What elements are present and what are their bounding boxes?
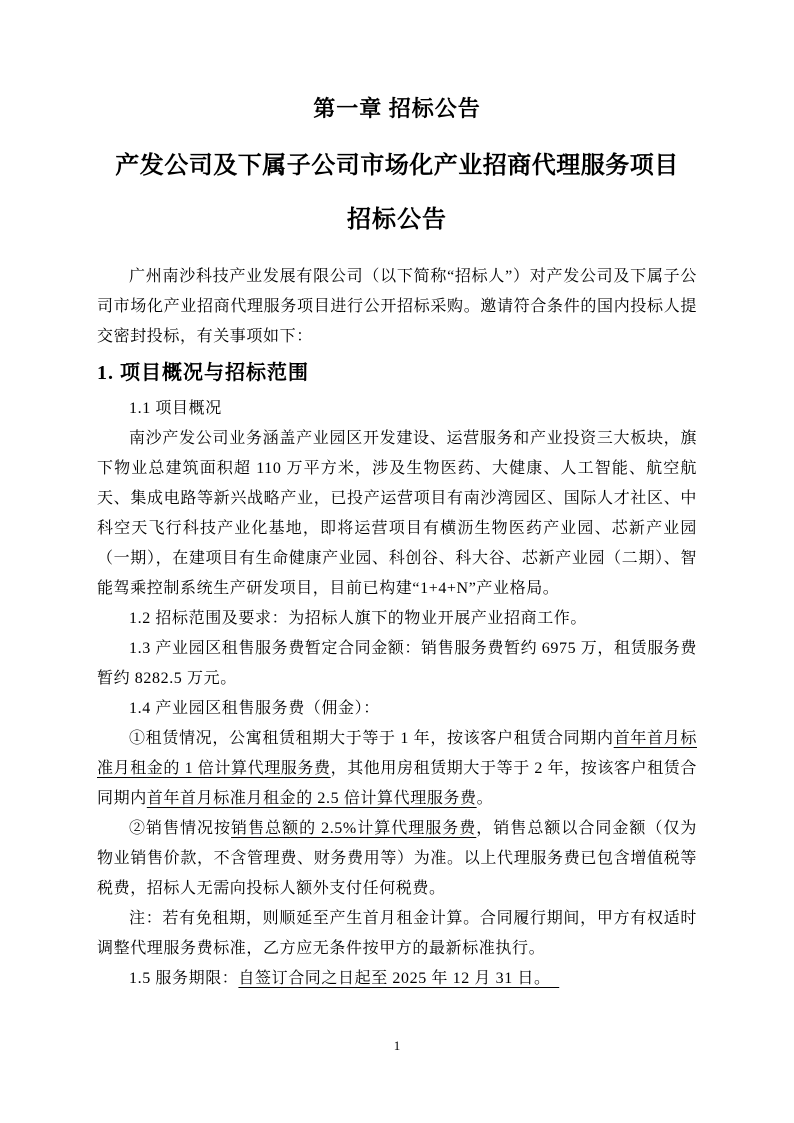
paragraph: ①租赁情况，公寓租赁租期大于等于 1 年，按该客户租赁合同期内首年首月标准月租金… [97,724,697,814]
text-run: ①租赁情况，公寓租赁租期大于等于 1 年，按该客户租赁合同期内 [129,730,614,747]
document-page: 第一章 招标公告 产发公司及下属子公司市场化产业招商代理服务项目 招标公告 广州… [0,0,794,1123]
text-run: 。 [477,790,494,807]
text-run: 南沙产发公司业务涵盖产业园区开发建设、运营服务和产业投资三大板块，旗下物业总建筑… [97,430,697,597]
chapter-title: 第一章 招标公告 [97,96,697,122]
text-run: 1.4 产业园区租售服务费（佣金）： [129,700,380,717]
paragraph: 1.5 服务期限：自签订合同之日起至 2025 年 12 月 31 日。 [97,964,697,994]
paragraph: 广州南沙科技产业发展有限公司（以下简称“招标人”）对产发公司及下属子公司市场化产… [97,262,697,352]
paragraph: 1.1 项目概况 [97,394,697,424]
paragraph: 注：若有免租期，则顺延至产生首月租金计算。合同履行期间，甲方有权适时调整代理服务… [97,904,697,964]
underlined-text-run: 首年首月标准月租金的 2.5 倍计算代理服务费 [147,790,477,807]
text-run: 广州南沙科技产业发展有限公司（以下简称“招标人”）对产发公司及下属子公司市场化产… [97,268,697,345]
project-title: 产发公司及下属子公司市场化产业招商代理服务项目 [97,152,697,180]
page-number: 1 [0,1038,794,1054]
announcement-subtitle: 招标公告 [97,206,697,234]
text-run: 1.2 招标范围及要求：为招标人旗下的物业开展产业招商工作。 [129,610,587,627]
paragraph: 1.4 产业园区租售服务费（佣金）： [97,694,697,724]
text-run: 1.1 项目概况 [129,400,222,417]
text-run: 注：若有免租期，则顺延至产生首月租金计算。合同履行期间，甲方有权适时调整代理服务… [97,910,697,957]
document-body: 广州南沙科技产业发展有限公司（以下简称“招标人”）对产发公司及下属子公司市场化产… [97,262,697,994]
section-heading: 1. 项目概况与招标范围 [97,352,697,394]
paragraph: 1.2 招标范围及要求：为招标人旗下的物业开展产业招商工作。 [97,604,697,634]
paragraph: 1.3 产业园区租售服务费暂定合同金额：销售服务费暂约 6975 万，租赁服务费… [97,634,697,694]
text-run: ②销售情况按 [129,820,231,837]
underlined-text-run: 销售总额的 2.5%计算代理服务费 [231,820,476,837]
text-run: 1. 项目概况与招标范围 [97,362,309,384]
text-run: 1.3 产业园区租售服务费暂定合同金额：销售服务费暂约 6975 万，租赁服务费… [97,640,697,687]
paragraph: ②销售情况按销售总额的 2.5%计算代理服务费，销售总额以合同金额（仅为物业销售… [97,814,697,904]
text-run: 1.5 服务期限： [129,970,238,987]
paragraph: 南沙产发公司业务涵盖产业园区开发建设、运营服务和产业投资三大板块，旗下物业总建筑… [97,424,697,604]
underlined-text-run: 自签订合同之日起至 2025 年 12 月 31 日。 [238,970,559,987]
